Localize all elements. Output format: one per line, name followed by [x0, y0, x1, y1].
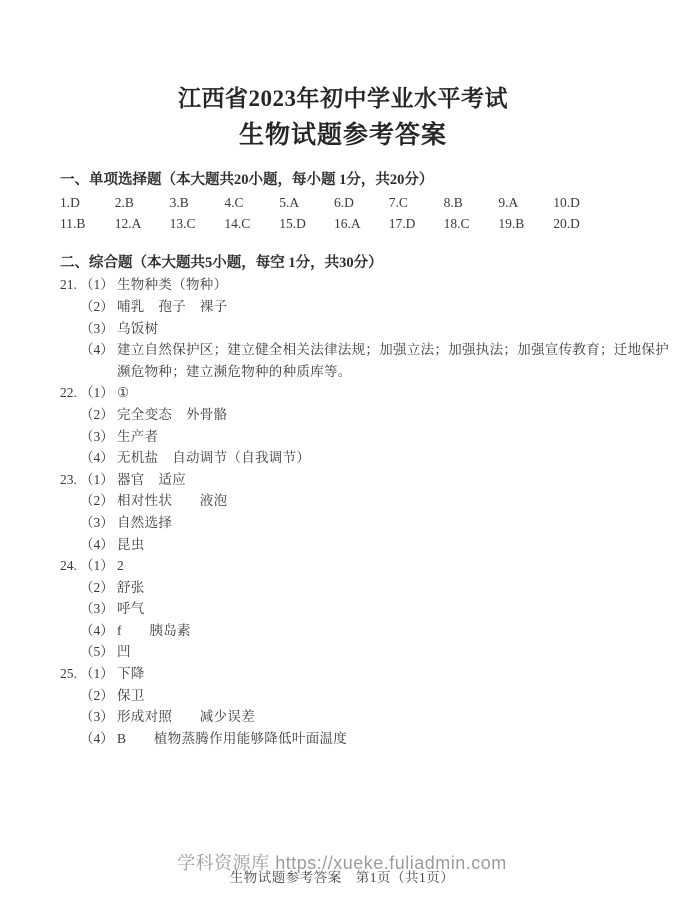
section-2-heading: 二、综合题（本大题共5小题，每空 1分，共30分）	[60, 253, 626, 275]
part-answer: ①	[117, 382, 129, 404]
question-number: 24.	[60, 555, 80, 577]
answer-line: （4） 建立自然保护区；建立健全相关法律法规；加强立法；加强执法；加强宣传教育；…	[80, 339, 626, 361]
part-label: （1）	[80, 382, 117, 404]
answer-line: （4） 昆虫	[80, 534, 626, 556]
part-label: （2）	[80, 404, 117, 426]
question-21: 21. （1） 生物种类（物种） （2） 哺乳 孢子 裸子 （3） 乌饭树 （4…	[60, 274, 626, 382]
answer-cell-17: 17.D	[389, 213, 444, 235]
answer-line: 24. （1） 2	[60, 555, 626, 577]
section-1-heading: 一、单项选择题（本大题共20小题，每小题 1分，共20分）	[60, 170, 626, 192]
part-answer: 器官 适应	[117, 469, 186, 491]
answer-line: （2） 舒张	[80, 577, 626, 599]
part-label: （1）	[80, 663, 117, 685]
answer-cell-7: 7.C	[389, 192, 444, 214]
part-label: （3）	[80, 318, 117, 340]
answer-line: 25. （1） 下降	[60, 663, 626, 685]
part-label: （2）	[80, 296, 117, 318]
answer-line: （4） B 植物蒸腾作用能够降低叶面温度	[80, 728, 626, 750]
part-label: （5）	[80, 641, 117, 663]
question-number: 22.	[60, 382, 80, 404]
answer-cell-20: 20.D	[553, 213, 608, 235]
answer-cell-16: 16.A	[334, 213, 389, 235]
answer-cell-15: 15.D	[279, 213, 334, 235]
part-answer: 完全变态 外骨骼	[117, 404, 227, 426]
answer-line: （2） 保卫	[80, 685, 626, 707]
answer-line: （3） 生产者	[80, 426, 626, 448]
answer-line: （2） 哺乳 孢子 裸子	[80, 296, 626, 318]
answer-line: （2） 相对性状 液泡	[80, 490, 626, 512]
answer-cell-12: 12.A	[115, 213, 170, 235]
part-answer: 乌饭树	[117, 318, 158, 340]
part-label: （2）	[80, 490, 117, 512]
part-answer: 保卫	[117, 685, 145, 707]
part-answer: 舒张	[117, 577, 145, 599]
answer-grid-row-2: 11.B 12.A 13.C 14.C 15.D 16.A 17.D 18.C …	[60, 213, 608, 235]
answer-cell-8: 8.B	[444, 192, 499, 214]
page-title: 江西省2023年初中学业水平考试	[60, 84, 626, 114]
part-answer: 无机盐 自动调节（自我调节）	[117, 447, 310, 469]
part-answer: 凹	[117, 641, 131, 663]
answer-cell-3: 3.B	[170, 192, 225, 214]
question-number: 21.	[60, 274, 80, 296]
answer-line: （4） 无机盐 自动调节（自我调节）	[80, 447, 626, 469]
question-22: 22. （1） ① （2） 完全变态 外骨骼 （3） 生产者 （4） 无机盐 自…	[60, 382, 626, 468]
part-answer: 呼气	[117, 598, 145, 620]
part-label: （2）	[80, 685, 117, 707]
part-label: （3）	[80, 706, 117, 728]
answer-line: （3） 呼气	[80, 598, 626, 620]
part-label: （3）	[80, 512, 117, 534]
part-label: （1）	[80, 469, 117, 491]
question-25: 25. （1） 下降 （2） 保卫 （3） 形成对照 减少误差 （4） B 植物…	[60, 663, 626, 749]
document-page: 江西省2023年初中学业水平考试 生物试题参考答案 一、单项选择题（本大题共20…	[0, 0, 684, 907]
part-answer: 下降	[117, 663, 145, 685]
part-answer: 自然选择	[117, 512, 172, 534]
part-answer: 濒危物种；建立濒危物种的种质库等。	[117, 361, 352, 383]
part-answer: 2	[117, 555, 124, 577]
answer-cell-19: 19.B	[498, 213, 553, 235]
answer-cell-6: 6.D	[334, 192, 389, 214]
answer-line: 22. （1） ①	[60, 382, 626, 404]
part-label: （3）	[80, 426, 117, 448]
answer-cell-1: 1.D	[60, 192, 115, 214]
part-answer: 相对性状 液泡	[117, 490, 227, 512]
answer-line: （4） f 胰岛素	[80, 620, 626, 642]
footer-page-info: 生物试题参考答案 第1页（共1页）	[0, 866, 684, 886]
part-answer: 建立自然保护区；建立健全相关法律法规；加强立法；加强执法；加强宣传教育；迁地保护	[117, 339, 669, 361]
part-answer: 哺乳 孢子 裸子	[117, 296, 227, 318]
part-answer: 形成对照 减少误差	[117, 706, 255, 728]
question-number: 25.	[60, 663, 80, 685]
part-label: （1）	[80, 555, 117, 577]
part-label: （3）	[80, 598, 117, 620]
answer-line: 23. （1） 器官 适应	[60, 469, 626, 491]
part-label: （1）	[80, 274, 117, 296]
part-label: （4）	[80, 620, 117, 642]
part-answer: B 植物蒸腾作用能够降低叶面温度	[117, 728, 347, 750]
part-label: （2）	[80, 577, 117, 599]
answer-line: （2） 完全变态 外骨骼	[80, 404, 626, 426]
answer-cell-11: 11.B	[60, 213, 115, 235]
answer-line-continuation: 濒危物种；建立濒危物种的种质库等。	[117, 361, 626, 383]
part-label: （4）	[80, 447, 117, 469]
answer-cell-9: 9.A	[498, 192, 553, 214]
answer-line: （3） 乌饭树	[80, 318, 626, 340]
answer-cell-4: 4.C	[224, 192, 279, 214]
answer-cell-2: 2.B	[115, 192, 170, 214]
answer-cell-13: 13.C	[170, 213, 225, 235]
answer-cell-18: 18.C	[444, 213, 499, 235]
question-23: 23. （1） 器官 适应 （2） 相对性状 液泡 （3） 自然选择 （4） 昆…	[60, 469, 626, 555]
part-answer: 昆虫	[117, 534, 145, 556]
part-label: （4）	[80, 339, 117, 361]
answer-cell-5: 5.A	[279, 192, 334, 214]
question-number: 23.	[60, 469, 80, 491]
part-answer: 生物种类（物种）	[117, 274, 227, 296]
answer-line: （3） 形成对照 减少误差	[80, 706, 626, 728]
answer-cell-10: 10.D	[553, 192, 608, 214]
answer-grid-row-1: 1.D 2.B 3.B 4.C 5.A 6.D 7.C 8.B 9.A 10.D	[60, 192, 608, 214]
part-answer: f 胰岛素	[117, 620, 191, 642]
answer-cell-14: 14.C	[224, 213, 279, 235]
answer-line: 21. （1） 生物种类（物种）	[60, 274, 626, 296]
document-body: 江西省2023年初中学业水平考试 生物试题参考答案 一、单项选择题（本大题共20…	[60, 0, 626, 749]
part-answer: 生产者	[117, 426, 158, 448]
part-label: （4）	[80, 728, 117, 750]
part-label: （4）	[80, 534, 117, 556]
answer-line: （3） 自然选择	[80, 512, 626, 534]
question-24: 24. （1） 2 （2） 舒张 （3） 呼气 （4） f 胰岛素 （5） 凹	[60, 555, 626, 663]
page-subtitle: 生物试题参考答案	[60, 120, 626, 152]
answer-line: （5） 凹	[80, 641, 626, 663]
